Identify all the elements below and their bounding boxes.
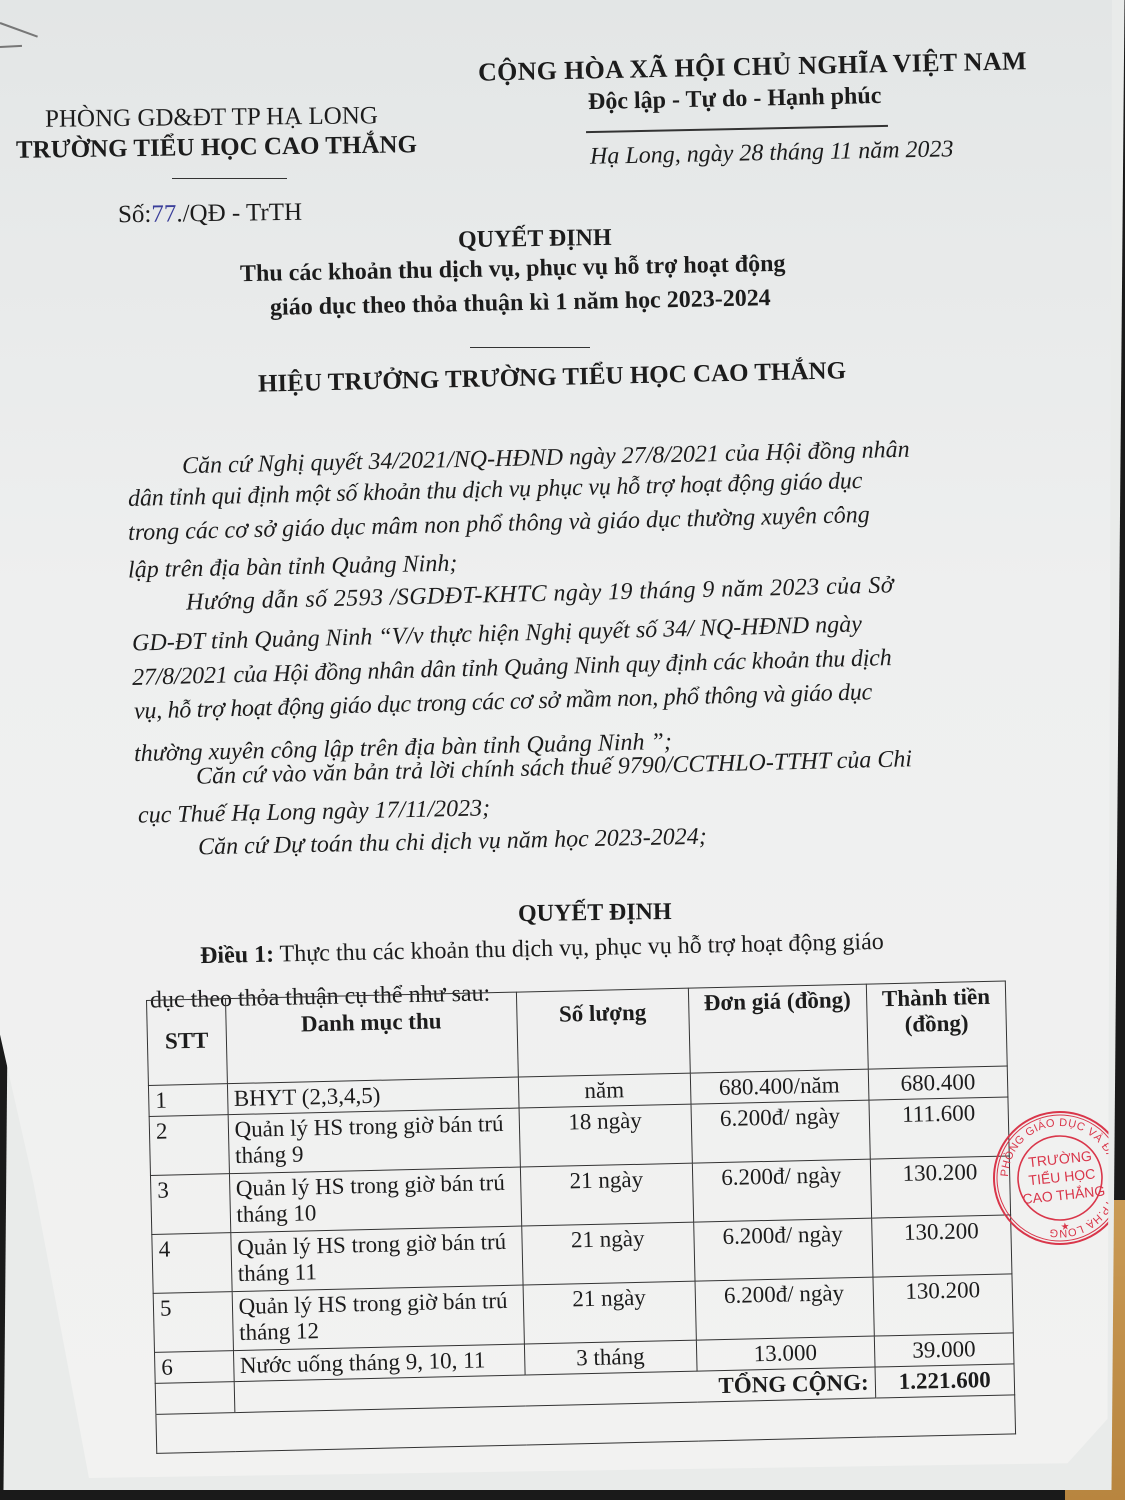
cell-unit-price: 6.200đ/ ngày bbox=[691, 1100, 870, 1163]
article-label: Điều 1: bbox=[200, 942, 275, 970]
preamble-line: Căn cứ Dự toán thu chi dịch vụ năm học 2… bbox=[198, 825, 707, 860]
cell-item-name: Quản lý HS trong giờ bán trú tháng 9 bbox=[228, 1108, 520, 1174]
header-unit-price: Đơn giá (đồng) bbox=[688, 984, 868, 1073]
paper-mark bbox=[0, 22, 38, 38]
total-value: 1.221.600 bbox=[875, 1364, 1015, 1398]
cell-item-name: Quản lý HS trong giờ bán trú tháng 11 bbox=[230, 1226, 522, 1292]
cell-unit-price: 6.200đ/ ngày bbox=[692, 1159, 871, 1222]
cell-stt: 5 bbox=[153, 1292, 233, 1353]
doc-number-prefix: Số: bbox=[118, 201, 152, 228]
cell-total: 130.200 bbox=[871, 1215, 1012, 1277]
cell-quantity: 21 ngày bbox=[520, 1163, 693, 1226]
cell-quantity: 3 tháng bbox=[524, 1340, 697, 1375]
header-name: Danh mục thu bbox=[225, 992, 518, 1084]
header-quantity: Số lượng bbox=[516, 988, 690, 1077]
school-name: TRƯỜNG TIỂU HỌC CAO THẮNG bbox=[16, 131, 417, 165]
header-divider bbox=[172, 178, 287, 179]
header-stt: STT bbox=[147, 999, 227, 1086]
document-subject-line-2: giáo dục theo thỏa thuận kì 1 năm học 20… bbox=[270, 285, 771, 322]
nation-title: CỘNG HÒA XÃ HỘI CHỦ NGHĨA VIỆT NAM bbox=[478, 46, 1027, 87]
paper-mark bbox=[0, 45, 22, 48]
document-title: QUYẾT ĐỊNH bbox=[458, 225, 612, 254]
header-total: Thành tiền (đồng) bbox=[866, 981, 1007, 1069]
cell-stt: 6 bbox=[154, 1351, 233, 1384]
cell-item-name: Quản lý HS trong giờ bán trú tháng 10 bbox=[229, 1167, 521, 1233]
doc-number-suffix: ./QĐ - TrTH bbox=[176, 199, 302, 228]
title-divider bbox=[470, 347, 590, 348]
department-name: PHÒNG GD&ĐT TP HẠ LONG bbox=[45, 102, 378, 133]
cell-unit-price: 13.000 bbox=[696, 1336, 875, 1371]
document-number: Số:77./QĐ - TrTH bbox=[118, 199, 302, 230]
national-motto: Độc lập - Tự do - Hạnh phúc bbox=[588, 83, 882, 116]
cell-stt: 4 bbox=[152, 1233, 232, 1294]
cell-unit-price: 6.200đ/ ngày bbox=[693, 1218, 872, 1281]
cell-item-name: Quản lý HS trong giờ bán trú tháng 12 bbox=[232, 1285, 524, 1351]
preamble-line: lập trên địa bàn tỉnh Quảng Ninh; bbox=[128, 552, 458, 583]
motto-underline bbox=[586, 125, 888, 133]
cell-quantity: 18 ngày bbox=[519, 1104, 692, 1167]
fee-table: STT Danh mục thu Số lượng Đơn giá (đồng)… bbox=[146, 980, 1016, 1453]
cell-quantity: 21 ngày bbox=[521, 1222, 694, 1285]
cell-total: 680.400 bbox=[868, 1066, 1008, 1100]
place-date: Hạ Long, ngày 28 tháng 11 năm 2023 bbox=[590, 136, 954, 171]
cell-stt: 2 bbox=[149, 1115, 229, 1176]
article-1-line-1: Điều 1: Thực thu các khoản thu dịch vụ, … bbox=[200, 929, 884, 970]
svg-text:★: ★ bbox=[1060, 1221, 1070, 1233]
document-page: PHÒNG GD&ĐT TP HẠ LONG TRƯỜNG TIỂU HỌC C… bbox=[0, 0, 1112, 1478]
cell-total: 130.200 bbox=[873, 1274, 1014, 1336]
cell-total: 39.000 bbox=[874, 1333, 1014, 1367]
total-spacer bbox=[155, 1382, 234, 1415]
cell-quantity: 21 ngày bbox=[523, 1281, 696, 1344]
doc-number-handwritten: 77 bbox=[151, 200, 176, 227]
decision-heading: QUYẾT ĐỊNH bbox=[518, 899, 672, 928]
cell-stt: 3 bbox=[150, 1174, 230, 1235]
cell-unit-price: 680.400/năm bbox=[690, 1069, 869, 1104]
cell-unit-price: 6.200đ/ ngày bbox=[695, 1277, 874, 1340]
preamble-line: cục Thuế Hạ Long ngày 17/11/2023; bbox=[138, 796, 491, 827]
cell-quantity: năm bbox=[518, 1073, 691, 1108]
official-seal-icon: PHÒNG GIÁO DỤC VÀ ĐÀO TẠO TP.HẠ LONG TRƯ… bbox=[983, 1101, 1125, 1255]
cell-stt: 1 bbox=[148, 1084, 227, 1117]
article-text: Thực thu các khoản thu dịch vụ, phục vụ … bbox=[274, 929, 884, 968]
document-subject-line-1: Thu các khoản thu dịch vụ, phục vụ hỗ tr… bbox=[240, 251, 786, 288]
issuing-authority: HIỆU TRƯỞNG TRƯỜNG TIỂU HỌC CAO THẮNG bbox=[258, 357, 847, 398]
fee-table-container: STT Danh mục thu Số lượng Đơn giá (đồng)… bbox=[146, 980, 1016, 1453]
